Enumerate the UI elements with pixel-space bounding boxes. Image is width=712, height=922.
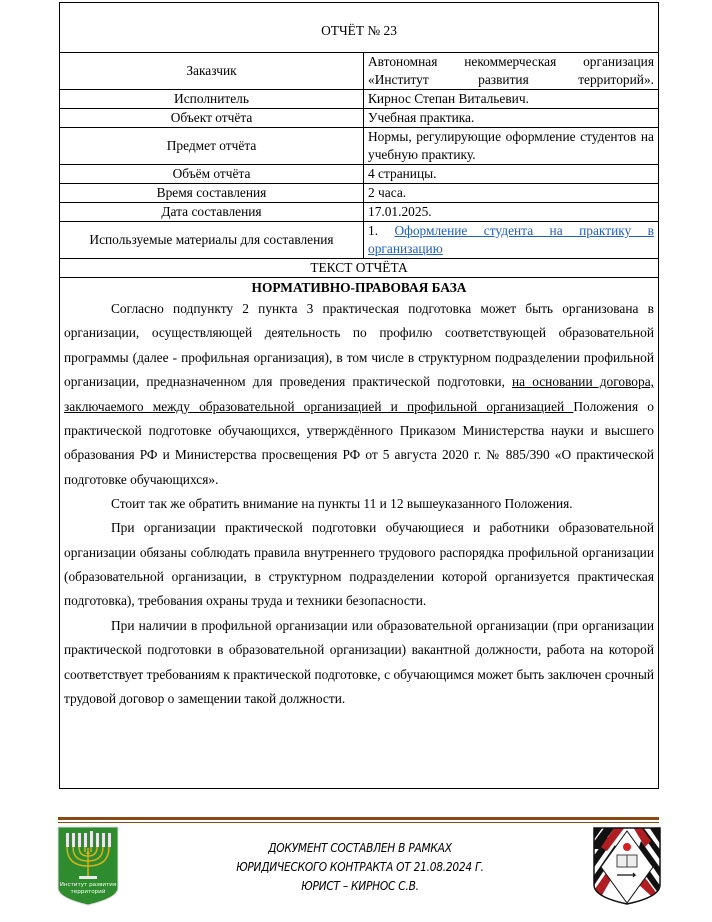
- row-value-materials: 1. Оформление студента на практику в орг…: [364, 222, 659, 259]
- institute-logo-menorah-icon: Институт развития территорий: [57, 826, 119, 906]
- row-label-subject: Предмет отчёта: [60, 128, 364, 165]
- row-value-time: 2 часа.: [364, 184, 659, 203]
- materials-number: 1.: [368, 223, 378, 238]
- materials-link[interactable]: Оформление студента на практику в органи…: [368, 223, 654, 256]
- svg-text:территорий: территорий: [71, 888, 106, 895]
- row-label-date: Дата составления: [60, 203, 364, 222]
- table-row: Предмет отчёта Нормы, регулирующие оформ…: [60, 128, 659, 165]
- footer-rule-thin: [58, 822, 659, 823]
- table-row: Используемые материалы для составления 1…: [60, 222, 659, 259]
- report-body: НОРМАТИВНО-ПРАВОВАЯ БАЗА Согласно подпун…: [60, 278, 659, 789]
- table-row: Исполнитель Кирнос Степан Витальевич.: [60, 90, 659, 109]
- row-label-time: Время составления: [60, 184, 364, 203]
- row-label-customer: Заказчик: [60, 53, 364, 90]
- paragraph-2: Стоит так же обратить внимание на пункты…: [64, 492, 654, 516]
- section-title: ТЕКСТ ОТЧЁТА: [60, 259, 659, 278]
- table-row: Объект отчёта Учебная практика.: [60, 109, 659, 128]
- footer-rule-thick: [58, 817, 659, 820]
- paragraph-4: При наличии в профильной организации или…: [64, 614, 654, 712]
- body-heading: НОРМАТИВНО-ПРАВОВАЯ БАЗА: [64, 279, 654, 297]
- table-row: Дата составления 17.01.2025.: [60, 203, 659, 222]
- row-value-executor: Кирнос Степан Витальевич.: [364, 90, 659, 109]
- table-row: Время составления 2 часа.: [60, 184, 659, 203]
- paragraph-3: При организации практической подготовки …: [64, 516, 654, 614]
- row-label-volume: Объём отчёта: [60, 165, 364, 184]
- row-value-date: 17.01.2025.: [364, 203, 659, 222]
- report-title: ОТЧЁТ № 23: [60, 3, 659, 53]
- svg-text:Институт развития: Институт развития: [60, 882, 117, 888]
- footer-note: ДОКУМЕНТ СОСТАВЛЕН В РАМКАХ ЮРИДИЧЕСКОГО…: [207, 838, 513, 895]
- row-value-customer: Автономная некоммерческая организация «И…: [364, 53, 659, 90]
- row-label-object: Объект отчёта: [60, 109, 364, 128]
- row-value-volume: 4 страницы.: [364, 165, 659, 184]
- report-table: ОТЧЁТ № 23 Заказчик Автономная некоммерч…: [59, 2, 659, 789]
- paragraph-1: Согласно подпункту 2 пункта 3 практическ…: [64, 297, 654, 492]
- row-value-object: Учебная практика.: [364, 109, 659, 128]
- row-value-subject: Нормы, регулирующие оформление студентов…: [364, 128, 659, 165]
- row-label-executor: Исполнитель: [60, 90, 364, 109]
- coat-of-arms-icon: [593, 827, 661, 905]
- table-row: Объём отчёта 4 страницы.: [60, 165, 659, 184]
- table-row: Заказчик Автономная некоммерческая орган…: [60, 53, 659, 90]
- row-label-materials: Используемые материалы для составления: [60, 222, 364, 259]
